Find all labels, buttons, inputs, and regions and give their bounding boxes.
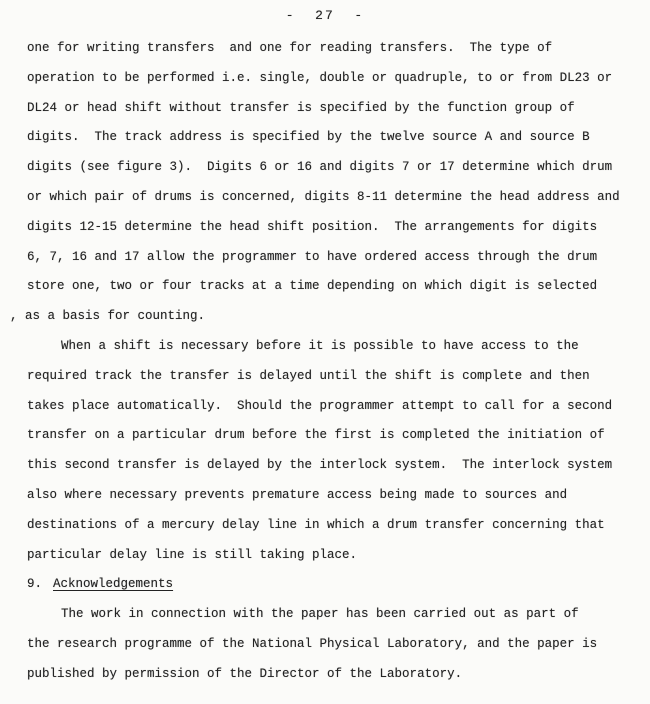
text-line: operation to be performed i.e. single, d… (27, 64, 643, 94)
text-line: destinations of a mercury delay line in … (27, 511, 643, 541)
text-line: the research programme of the National P… (27, 630, 643, 660)
text-line: store one, two or four tracks at a time … (27, 272, 643, 302)
text-line: takes place automatically. Should the pr… (27, 392, 643, 422)
text-line: 6, 7, 16 and 17 allow the programmer to … (27, 243, 643, 273)
page-number: - 27 - (0, 8, 650, 23)
text-line: digits. The track address is specified b… (27, 123, 643, 153)
text-line: also where necessary prevents premature … (27, 481, 643, 511)
text-line: DL24 or head shift without transfer is s… (27, 94, 643, 124)
text-line: published by permission of the Director … (27, 660, 643, 690)
text-line: digits (see figure 3). Digits 6 or 16 an… (27, 153, 643, 183)
text-line: digits 12-15 determine the head shift po… (27, 213, 643, 243)
text-line: this second transfer is delayed by the i… (27, 451, 643, 481)
text-line: one for writing transfers and one for re… (27, 34, 643, 64)
scanned-document-page: - 27 - one for writing transfers and one… (0, 0, 650, 704)
text-line: , as a basis for counting. (10, 302, 643, 332)
text-line: required track the transfer is delayed u… (27, 362, 643, 392)
section-number: 9. (27, 577, 42, 591)
section-title: Acknowledgements (53, 577, 173, 591)
text-line: The work in connection with the paper ha… (27, 600, 643, 630)
text-line: particular delay line is still taking pl… (27, 541, 643, 571)
document-body: one for writing transfers and one for re… (27, 34, 643, 690)
text-line: When a shift is necessary before it is p… (27, 332, 643, 362)
section-heading: 9.Acknowledgements (27, 570, 643, 600)
text-line: or which pair of drums is concerned, dig… (27, 183, 643, 213)
text-line: transfer on a particular drum before the… (27, 421, 643, 451)
